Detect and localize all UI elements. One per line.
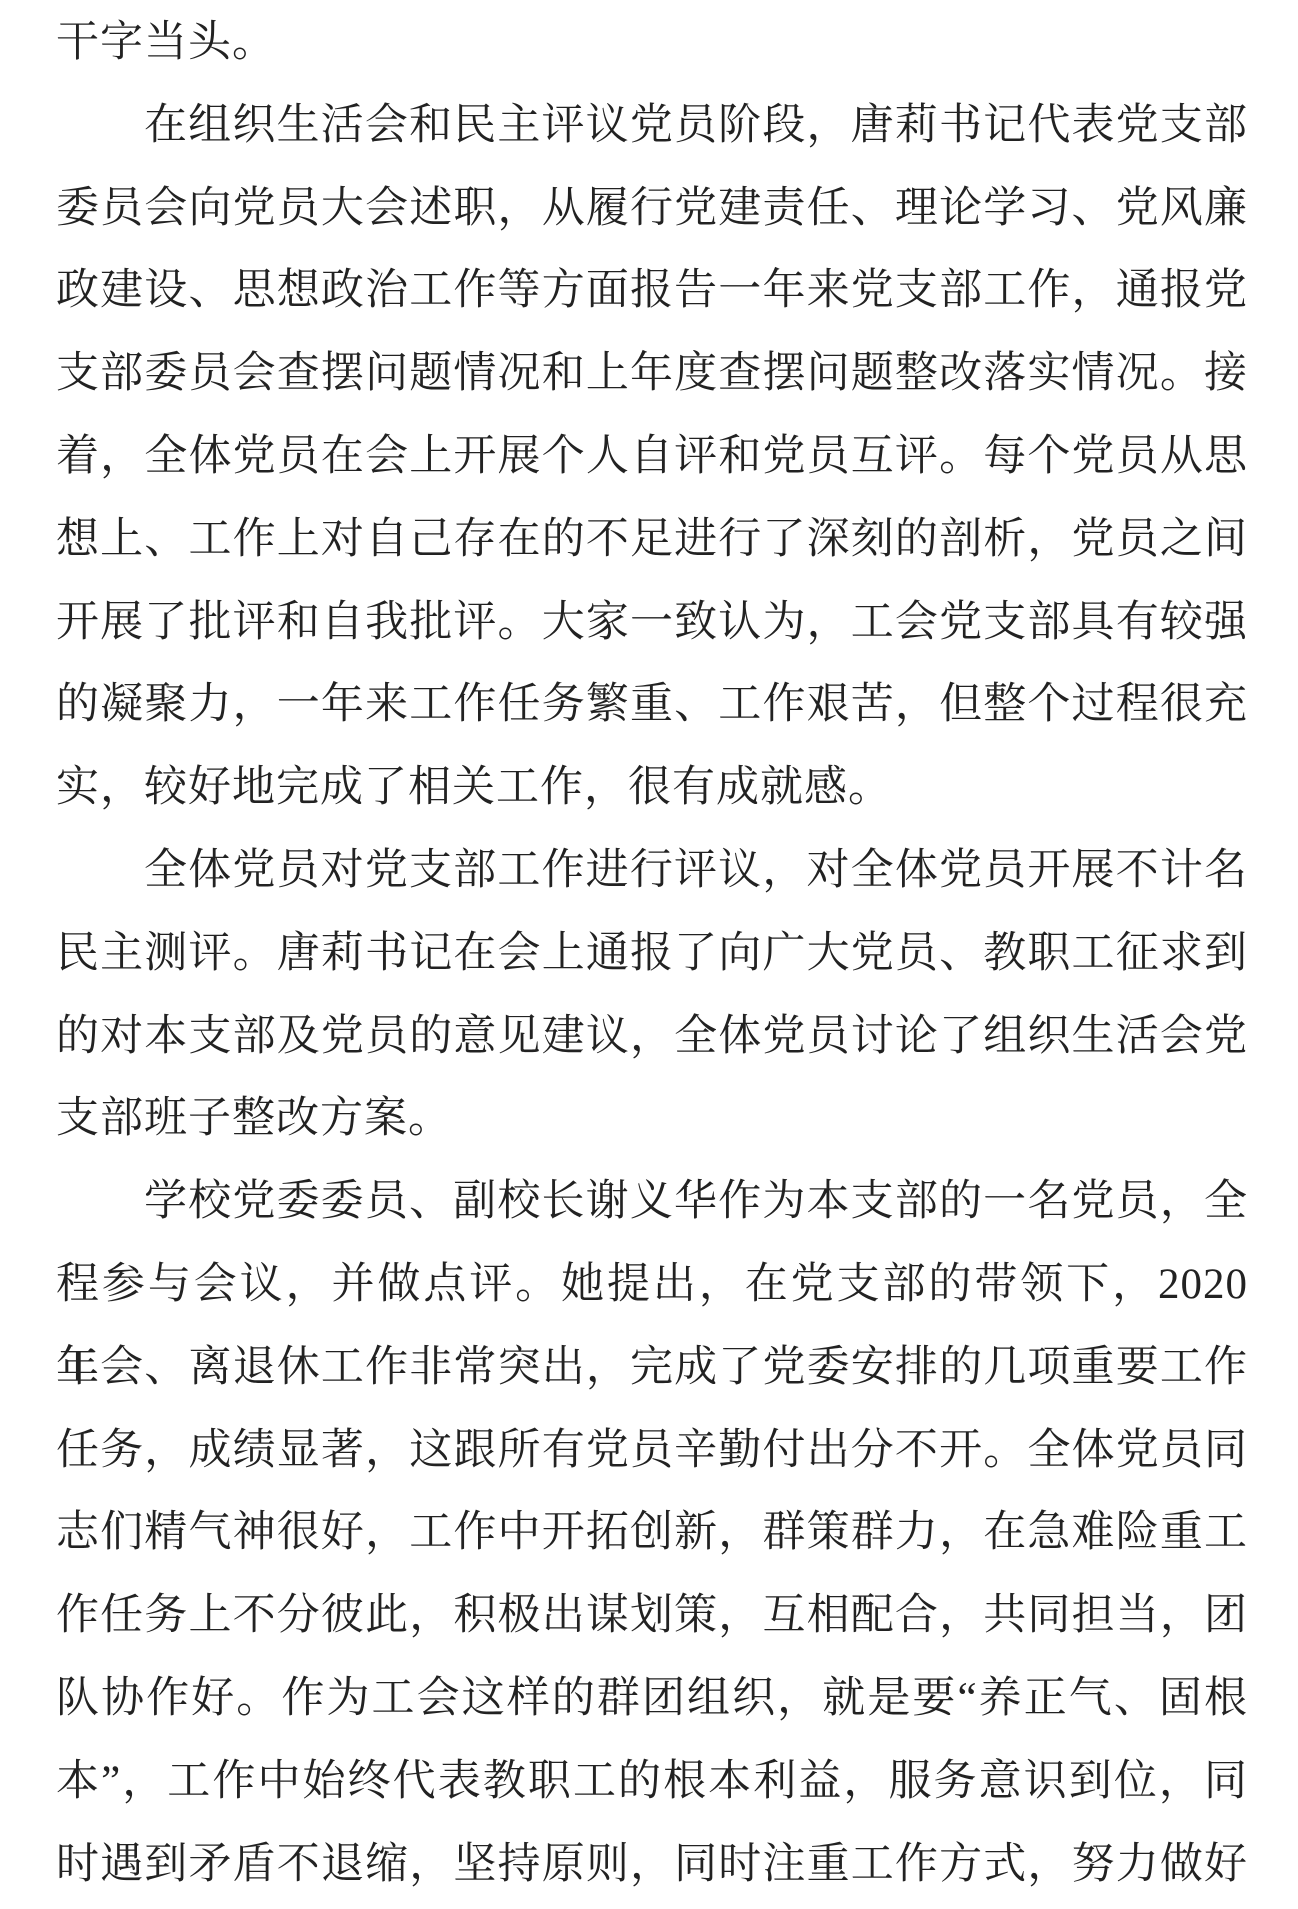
text-line: 全体党员对党支部工作进行评议，对全体党员开展不计名 [56,830,1248,913]
document-page: 干字当头。在组织生活会和民主评议党员阶段，唐莉书记代表党支部委员会向党员大会述职… [0,0,1298,1909]
text-line: 的凝聚力，一年来工作任务繁重、工作艰苦，但整个过程很充 [56,664,1248,747]
text-line: 的对本支部及党员的意见建议，全体党员讨论了组织生活会党 [56,996,1248,1079]
text-line: 支部班子整改方案。 [56,1078,1248,1161]
text-line: 着，全体党员在会上开展个人自评和党员互评。每个党员从思 [56,416,1248,499]
text-line: 干字当头。 [56,2,1248,85]
text-line: 民主测评。唐莉书记在会上通报了向广大党员、教职工征求到 [56,913,1248,996]
text-line: 在组织生活会和民主评议党员阶段，唐莉书记代表党支部 [56,85,1248,168]
text-line: 志们精气神很好，工作中开拓创新，群策群力，在急难险重工 [56,1492,1248,1575]
text-line: 程参与会议，并做点评。她提出，在党支部的带领下，2020 年 [56,1244,1248,1327]
text-line: 实，较好地完成了相关工作，很有成就感。 [56,747,1248,830]
text-line: 政建设、思想政治工作等方面报告一年来党支部工作，通报党 [56,250,1248,333]
text-line: 任务，成绩显著，这跟所有党员辛勤付出分不开。全体党员同 [56,1410,1248,1493]
text-line: 学校党委委员、副校长谢义华作为本支部的一名党员，全 [56,1161,1248,1244]
text-line: 委员会向党员大会述职，从履行党建责任、理论学习、党风廉 [56,168,1248,251]
document-text: 干字当头。在组织生活会和民主评议党员阶段，唐莉书记代表党支部委员会向党员大会述职… [56,2,1248,1906]
text-line: 时遇到矛盾不退缩，坚持原则，同时注重工作方式，努力做好 [56,1824,1248,1907]
text-line: 本”，工作中始终代表教职工的根本利益，服务意识到位，同 [56,1741,1248,1824]
text-line: 作任务上不分彼此，积极出谋划策，互相配合，共同担当，团 [56,1575,1248,1658]
text-line: 支部委员会查摆问题情况和上年度查摆问题整改落实情况。接 [56,333,1248,416]
text-line: 队协作好。作为工会这样的群团组织，就是要“养正气、固根 [56,1658,1248,1741]
text-line: 开展了批评和自我批评。大家一致认为，工会党支部具有较强 [56,582,1248,665]
text-line: 想上、工作上对自己存在的不足进行了深刻的剖析，党员之间 [56,499,1248,582]
text-line: 工会、离退休工作非常突出，完成了党委安排的几项重要工作 [56,1327,1248,1410]
